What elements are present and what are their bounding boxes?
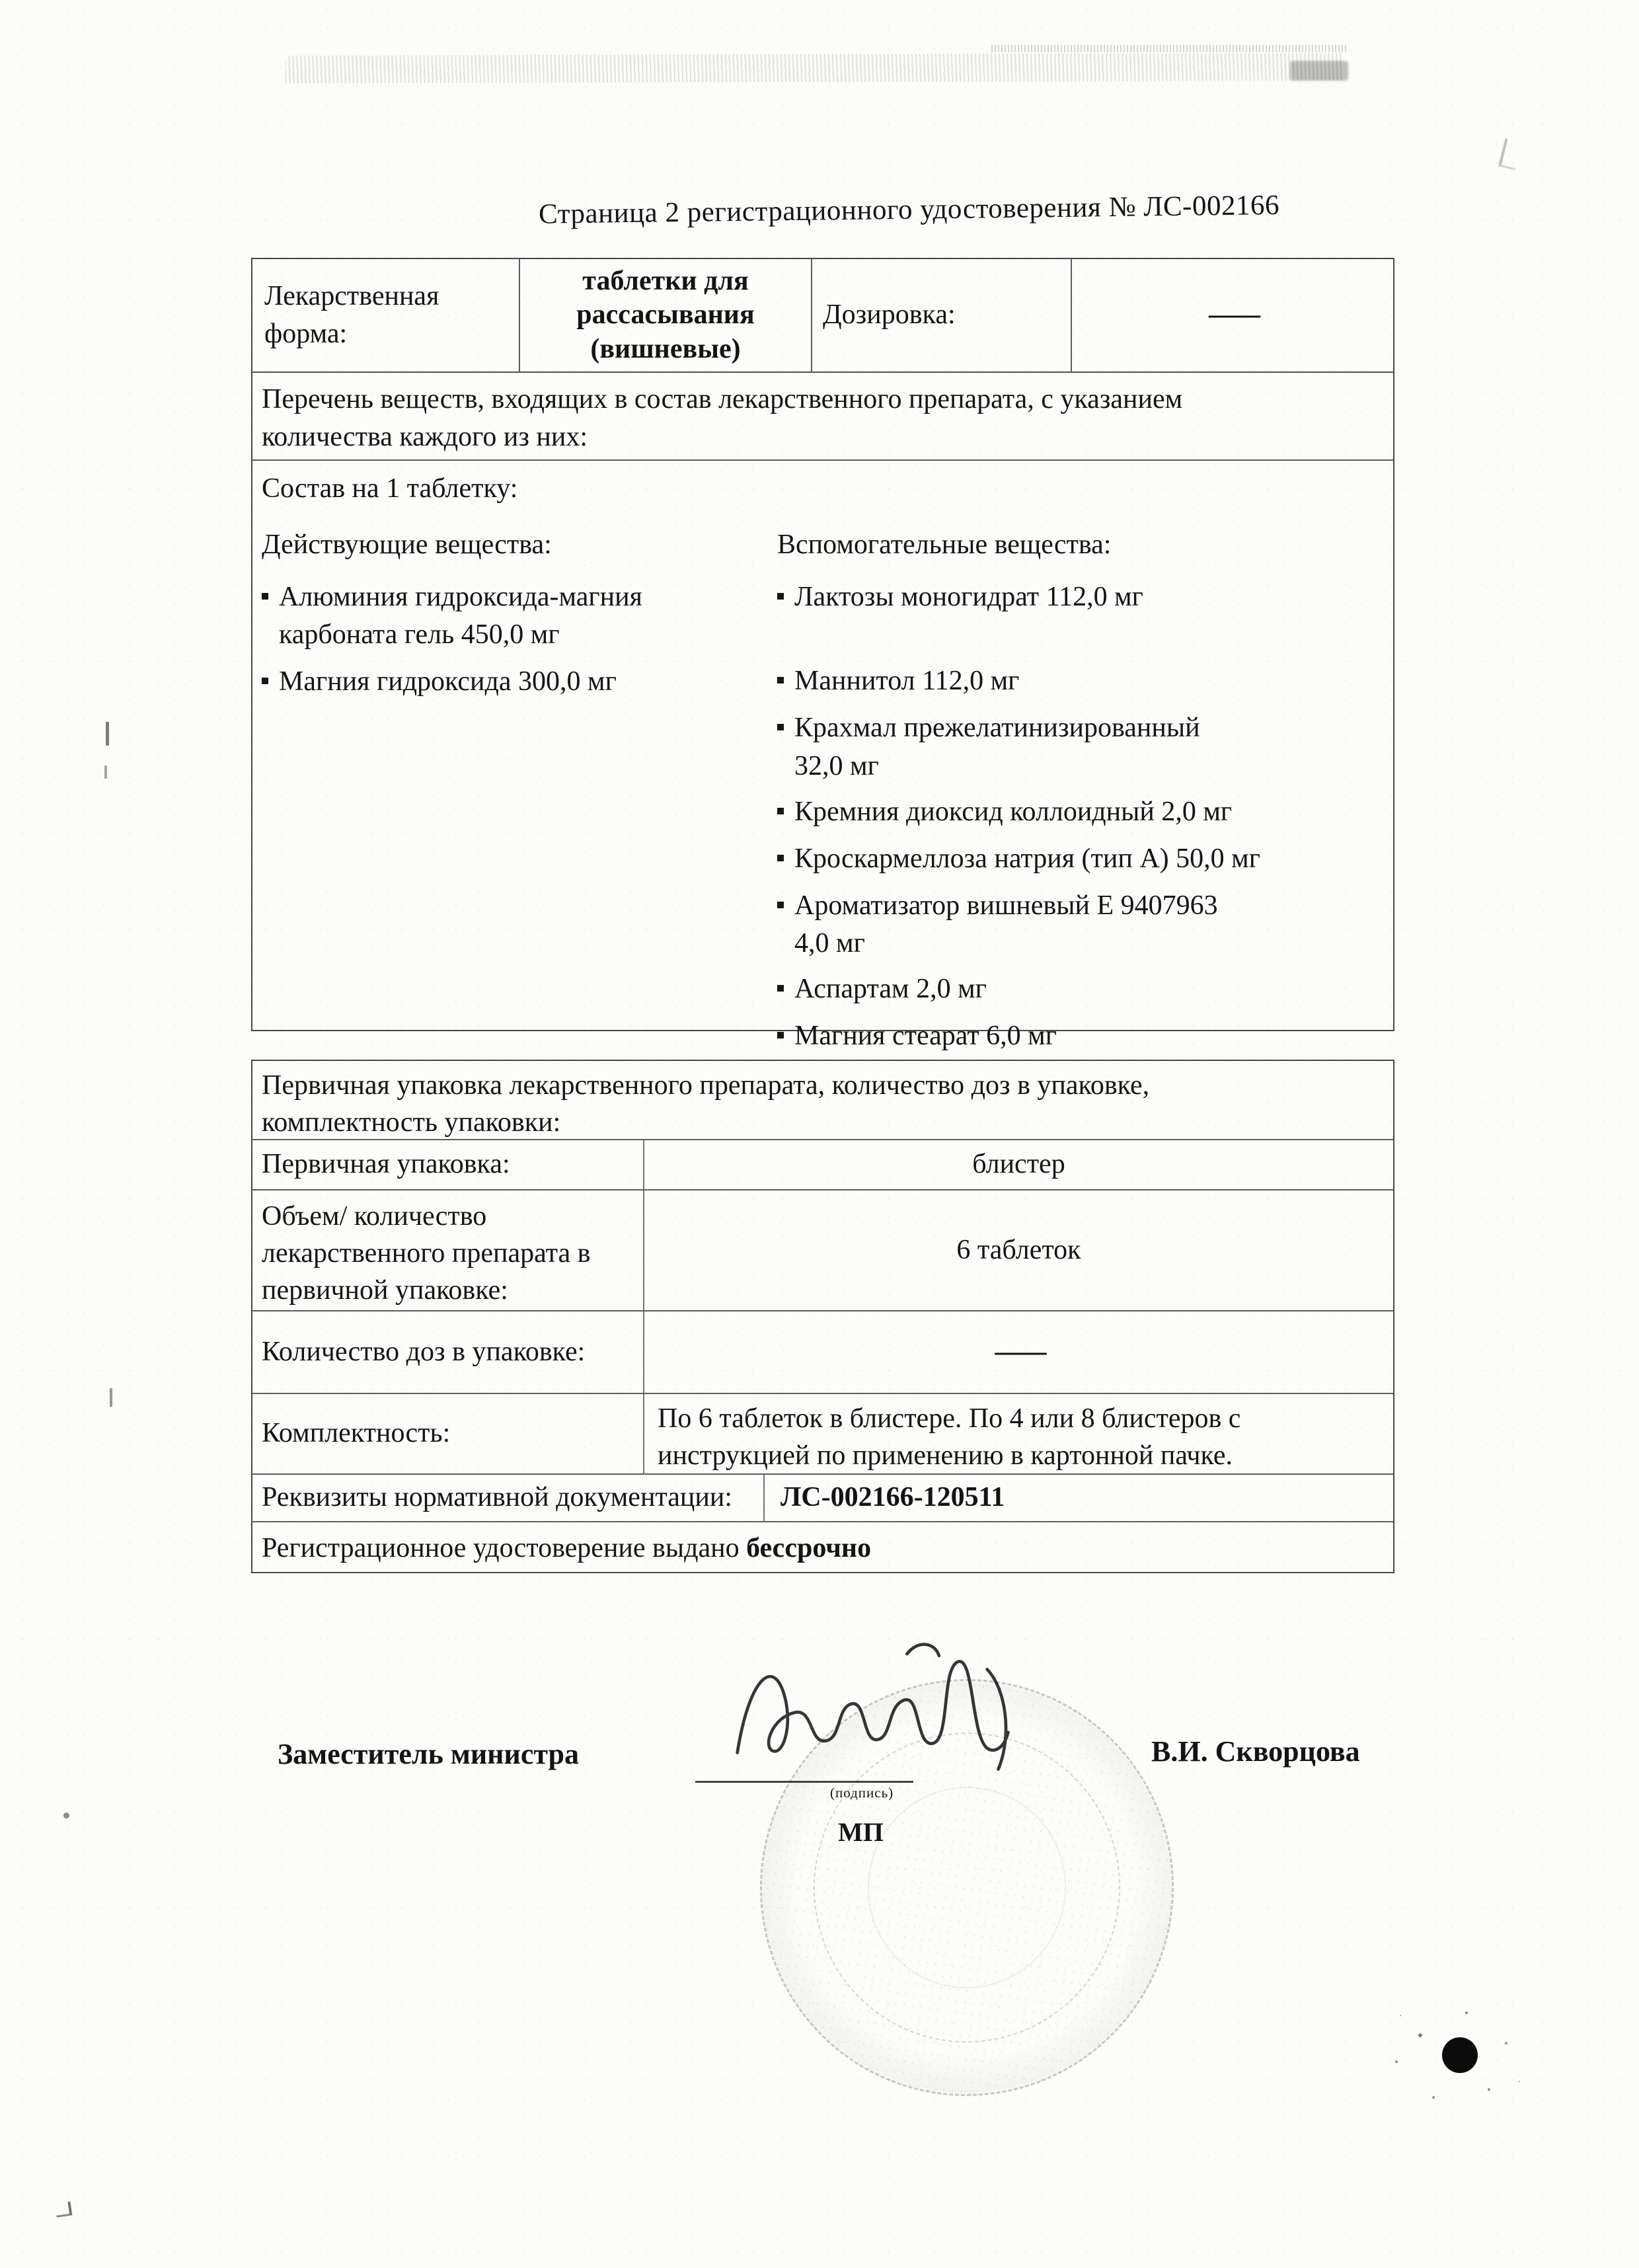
primary-packaging-value: блистер bbox=[644, 1140, 1393, 1189]
validity-term: бессрочно bbox=[746, 1533, 871, 1563]
completeness-label: Комплектность: bbox=[252, 1394, 644, 1473]
scan-mark-bottom-left bbox=[55, 2201, 73, 2217]
scan-noise-blob bbox=[1290, 61, 1348, 81]
scanned-document-page: Страница 2 регистрационного удостоверени… bbox=[0, 0, 1639, 2268]
scan-noise-band bbox=[286, 53, 1343, 83]
auxiliary-substance: Ароматизатор вишневый Е 9407963 4,0 мг bbox=[794, 887, 1218, 962]
scan-noise-band-thin bbox=[991, 45, 1348, 52]
dosage-dash-mark: —— bbox=[1209, 296, 1256, 334]
doses-dash-mark: —— bbox=[995, 1334, 1043, 1371]
list-item: Аспартам 2,0 мг bbox=[777, 970, 1388, 1008]
scan-mark-left-1 bbox=[106, 722, 109, 746]
validity-row: Регистрационное удостоверение выдано бес… bbox=[252, 1522, 1393, 1572]
composition-table: Лекарственная форма: таблетки для рассас… bbox=[251, 258, 1394, 1031]
packaging-heading: Первичная упаковка лекарственного препар… bbox=[252, 1061, 1393, 1140]
page-title: Страница 2 регистрационного удостоверени… bbox=[539, 188, 1372, 230]
list-item: Лактозы моногидрат 112,0 мг bbox=[777, 578, 1388, 616]
table-row: Количество доз в упаковке: —— bbox=[252, 1311, 1393, 1394]
auxiliary-substance: Кроскармеллоза натрия (тип А) 50,0 мг bbox=[794, 840, 1260, 878]
bullet-square-icon bbox=[777, 1032, 784, 1038]
validity-text: Регистрационное удостоверение выдано bbox=[262, 1533, 746, 1563]
signature-caption: (подпись) bbox=[830, 1785, 894, 1801]
list-item: Алюминия гидроксида-магния карбоната гел… bbox=[262, 578, 777, 654]
requisites-label: Реквизиты нормативной документации: bbox=[252, 1475, 765, 1521]
auxiliary-substance: Кремния диоксид коллоидный 2,0 мг bbox=[794, 793, 1232, 831]
auxiliary-substances-header: Вспомогательные вещества: bbox=[777, 526, 1388, 564]
bullet-square-icon bbox=[777, 985, 784, 992]
table-row: Первичная упаковка: блистер bbox=[252, 1140, 1393, 1191]
doses-count-label: Количество доз в упаковке: bbox=[252, 1311, 644, 1393]
active-substance: Магния гидроксида 300,0 мг bbox=[279, 663, 617, 701]
stamp-place-abbr: МП bbox=[838, 1817, 884, 1848]
auxiliary-substance: Аспартам 2,0 мг bbox=[794, 970, 987, 1008]
list-item: Кроскармеллоза натрия (тип А) 50,0 мг bbox=[777, 840, 1388, 878]
substances-list-heading: Перечень веществ, входящих в состав лека… bbox=[252, 373, 1393, 461]
list-item: Кремния диоксид коллоидный 2,0 мг bbox=[777, 793, 1388, 831]
signer-name: В.И. Скворцова bbox=[1151, 1735, 1360, 1768]
bullet-square-icon bbox=[262, 678, 268, 684]
signature-scribble bbox=[697, 1626, 1067, 1811]
punch-hole-dot bbox=[1442, 2037, 1478, 2073]
active-substance: Алюминия гидроксида-магния карбоната гел… bbox=[279, 578, 642, 654]
per-tablet-heading: Состав на 1 таблетку: bbox=[262, 470, 1393, 508]
auxiliary-substances-column: Вспомогательные вещества: Лактозы моноги… bbox=[777, 526, 1393, 1064]
bullet-square-icon bbox=[777, 677, 784, 684]
table-row: Реквизиты нормативной документации: ЛС-0… bbox=[252, 1475, 1393, 1522]
bullet-square-icon bbox=[777, 593, 784, 600]
scan-mark-left-3 bbox=[110, 1388, 112, 1407]
list-item: Ароматизатор вишневый Е 9407963 4,0 мг bbox=[777, 887, 1388, 962]
bullet-square-icon bbox=[777, 902, 784, 908]
dosage-label: Дозировка: bbox=[812, 259, 1072, 371]
bullet-square-icon bbox=[777, 855, 784, 861]
composition-cell: Состав на 1 таблетку: Действующие вещест… bbox=[252, 461, 1393, 1064]
signature-line bbox=[695, 1781, 913, 1783]
signer-post: Заместитель министра bbox=[278, 1737, 579, 1771]
scan-mark-left-4 bbox=[63, 1813, 69, 1818]
scan-mark-top-right bbox=[1498, 138, 1522, 170]
table-row: Комплектность: По 6 таблеток в блистере.… bbox=[252, 1394, 1393, 1475]
dosage-form-row: Лекарственная форма: таблетки для рассас… bbox=[252, 259, 1393, 373]
auxiliary-substance: Маннитол 112,0 мг bbox=[794, 662, 1019, 700]
scan-mark-left-2 bbox=[104, 765, 107, 779]
volume-value: 6 таблеток bbox=[644, 1191, 1393, 1310]
list-item: Маннитол 112,0 мг bbox=[777, 662, 1388, 700]
auxiliary-substance: Лактозы моногидрат 112,0 мг bbox=[794, 578, 1143, 616]
list-item: Крахмал прежелатинизированный 32,0 мг bbox=[777, 709, 1388, 785]
active-substances-header: Действующие вещества: bbox=[262, 526, 777, 564]
auxiliary-substance: Магния стеарат 6,0 мг bbox=[794, 1017, 1057, 1055]
bullet-square-icon bbox=[777, 808, 784, 814]
auxiliary-substance: Крахмал прежелатинизированный 32,0 мг bbox=[794, 709, 1200, 785]
requisites-value: ЛС-002166-120511 bbox=[765, 1475, 1393, 1521]
packaging-table: Первичная упаковка лекарственного препар… bbox=[251, 1060, 1394, 1573]
bullet-square-icon bbox=[262, 593, 268, 600]
dosage-form-label: Лекарственная форма: bbox=[252, 259, 520, 371]
volume-label: Объем/ количество лекарственного препара… bbox=[252, 1191, 644, 1310]
completeness-value: По 6 таблеток в блистере. По 4 или 8 бли… bbox=[644, 1394, 1393, 1473]
primary-packaging-label: Первичная упаковка: bbox=[252, 1140, 644, 1189]
list-item: Магния гидроксида 300,0 мг bbox=[262, 663, 777, 701]
bullet-square-icon bbox=[777, 724, 784, 730]
list-item: Магния стеарат 6,0 мг bbox=[777, 1017, 1388, 1055]
table-row: Объем/ количество лекарственного препара… bbox=[252, 1191, 1393, 1311]
dosage-form-value: таблетки для рассасывания (вишневые) bbox=[520, 259, 812, 371]
active-substances-column: Действующие вещества: Алюминия гидроксид… bbox=[262, 526, 777, 1064]
